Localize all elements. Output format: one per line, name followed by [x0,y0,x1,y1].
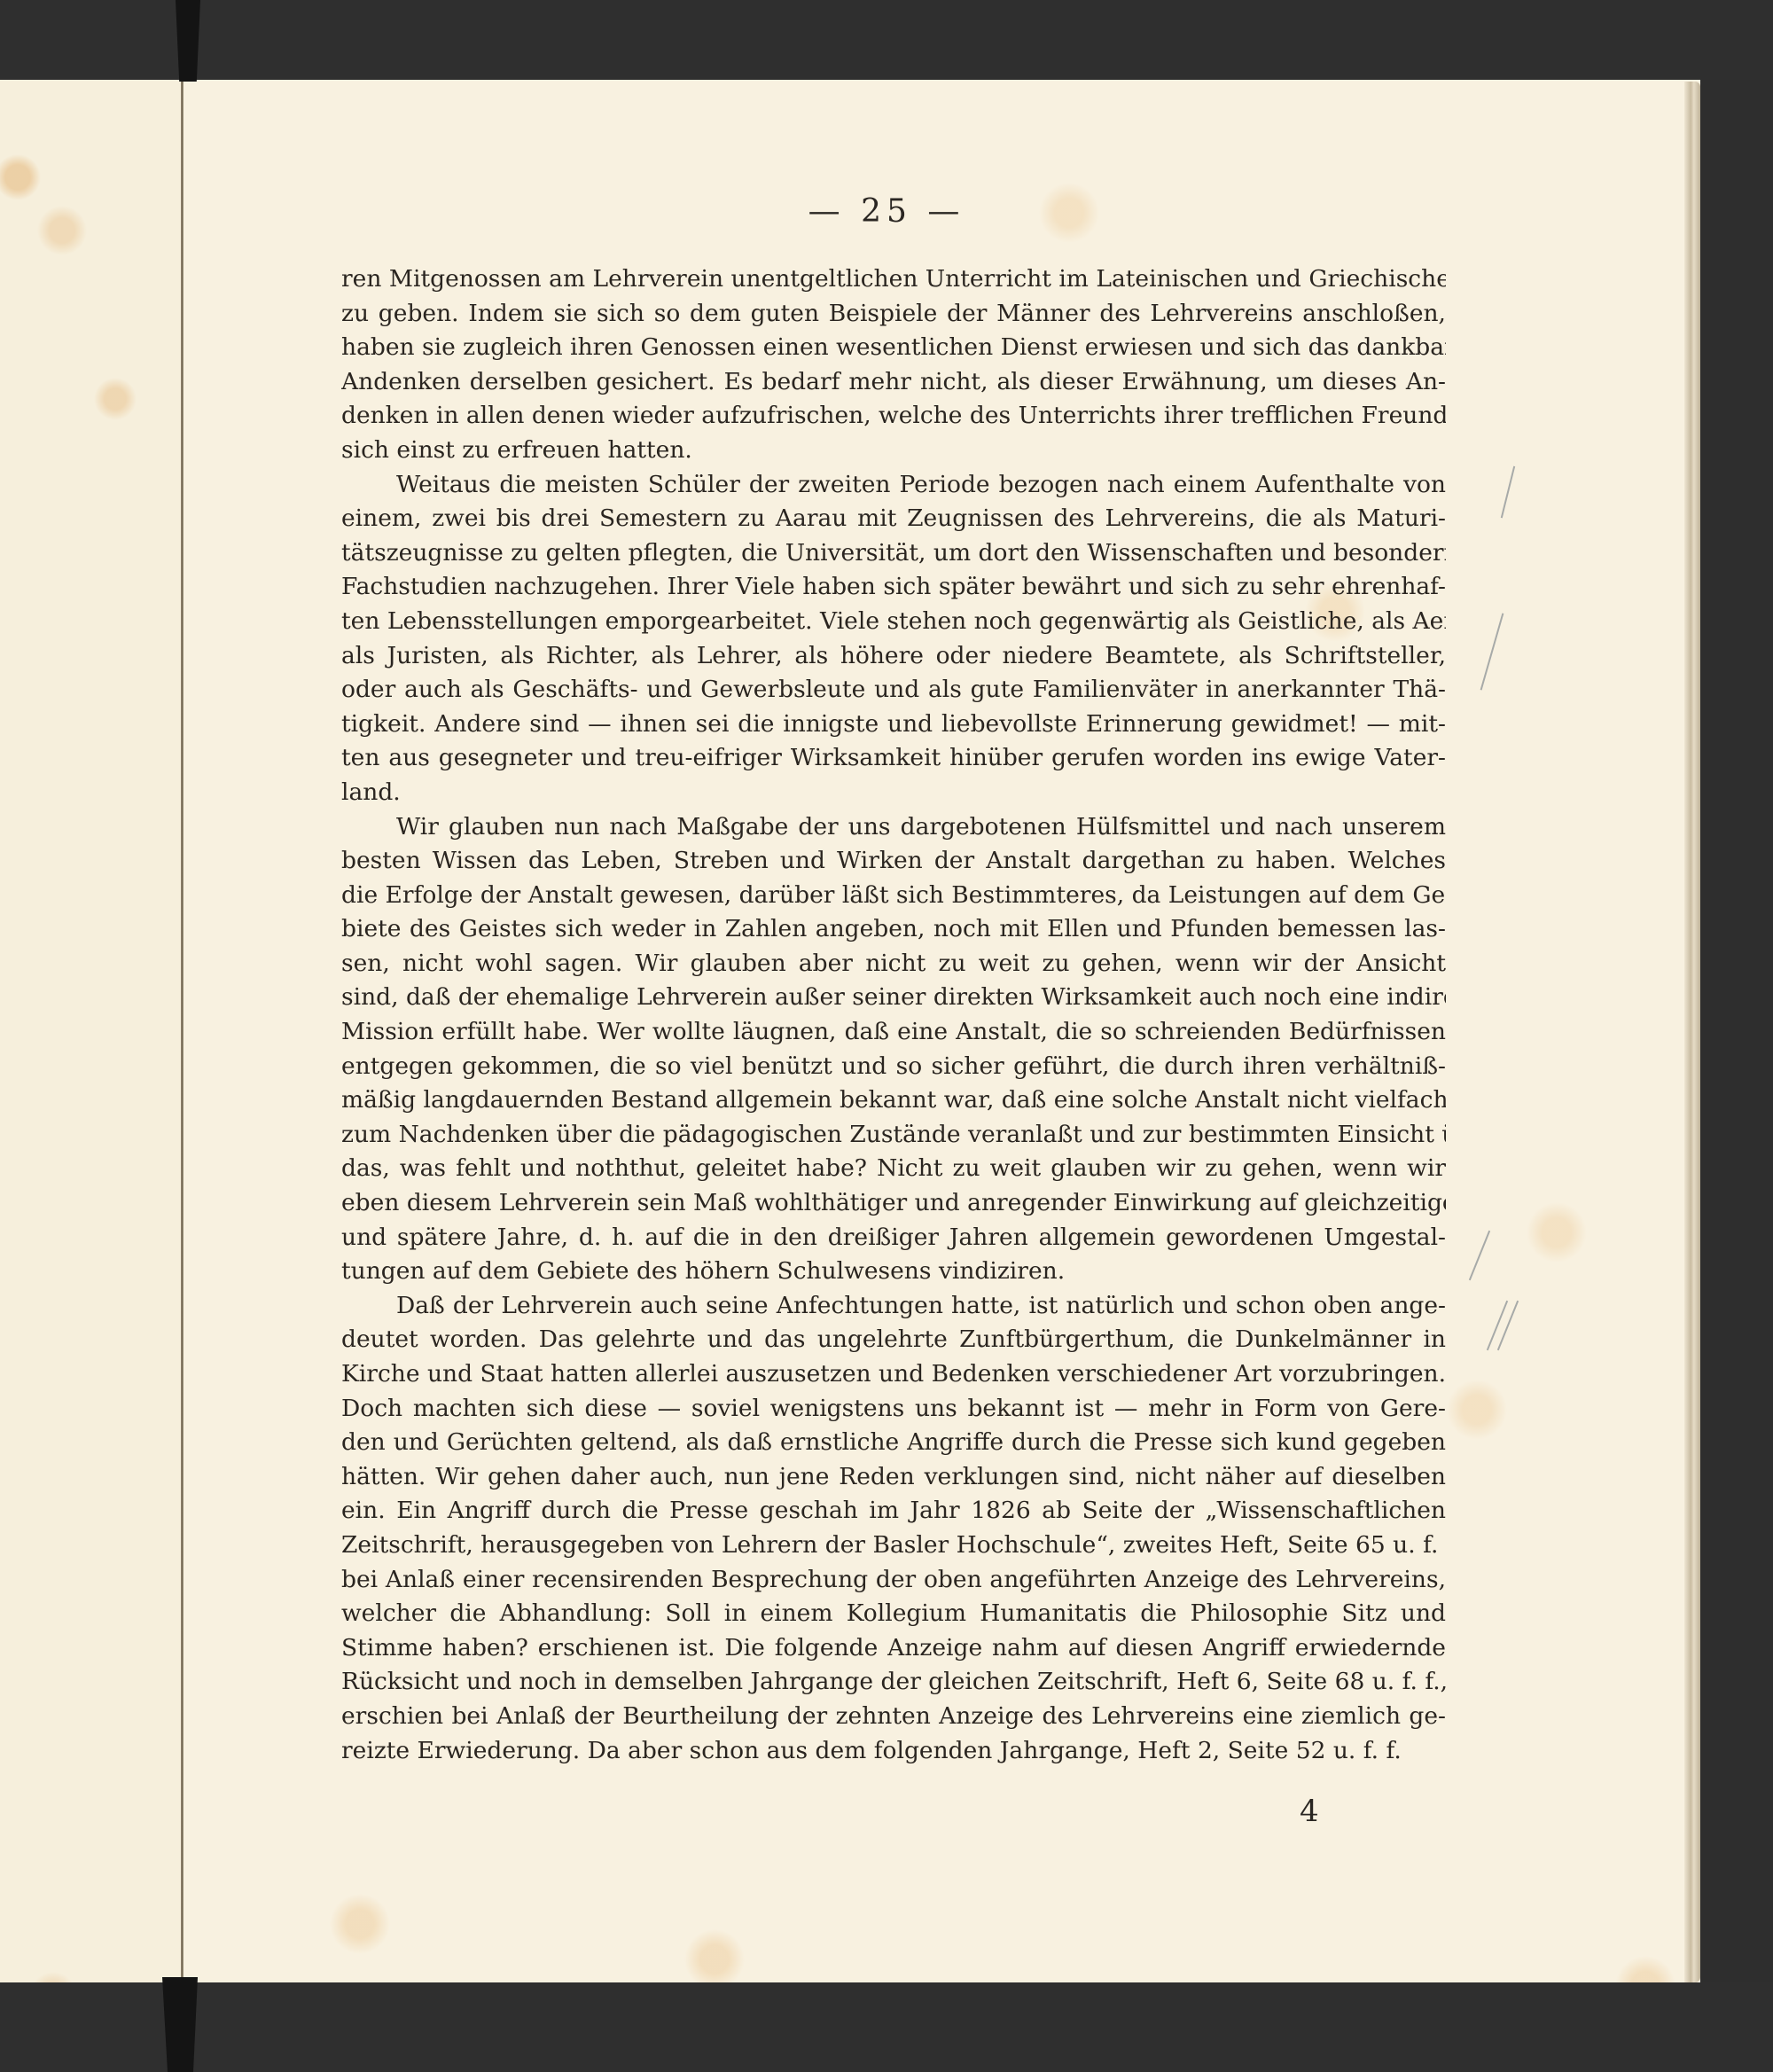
text-line: das, was fehlt und noththut, geleitet ha… [341,1152,1446,1186]
text-line: erschien bei Anlaß der Beurtheilung der … [341,1700,1446,1734]
text-line: deutet worden. Das gelehrte und das unge… [341,1323,1446,1357]
text-line: haben sie zugleich ihren Genossen einen … [341,331,1446,365]
text-line: ein. Ein Angriff durch die Presse gescha… [341,1494,1446,1529]
paragraph-p3: Wir glauben nun nach Maßgabe der uns dar… [341,810,1446,1289]
text-line: einem, zwei bis drei Semestern zu Aarau … [341,502,1446,536]
text-line: ten aus gesegneter und treu-eifriger Wir… [341,741,1446,776]
text-line: tätszeugnisse zu gelten pflegten, die Un… [341,536,1446,571]
text-line: reizte Erwiederung. Da aber schon aus de… [341,1734,1446,1769]
left-page-margin [0,80,183,1982]
scan-background-top [0,0,1773,80]
paragraph-p1: ren Mitgenossen am Lehrverein unentgeltl… [341,262,1446,468]
text-line: oder auch als Geschäfts- und Gewerbsleut… [341,673,1446,708]
text-line: sen, nicht wohl sagen. Wir glauben aber … [341,947,1446,981]
text-line: bei Anlaß einer recensirenden Besprechun… [341,1563,1446,1598]
text-line: Doch machten sich diese — soviel wenigst… [341,1392,1446,1427]
paragraph-p2: Weitaus die meisten Schüler der zweiten … [341,468,1446,810]
text-line: besten Wissen das Leben, Streben und Wir… [341,844,1446,879]
text-line: tungen auf dem Gebiete des höhern Schulw… [341,1255,1446,1289]
text-line: Wir glauben nun nach Maßgabe der uns dar… [341,810,1446,845]
page-edge-stack [1684,82,1700,1982]
spine-ribbon-top [176,0,200,82]
text-line: zum Nachdenken über die pädagogischen Zu… [341,1118,1446,1153]
text-line: den und Gerüchten geltend, als daß ernst… [341,1426,1446,1460]
text-line: Kirche und Staat hatten allerlei auszuse… [341,1357,1446,1392]
text-line: land. [341,776,1446,810]
text-line: denken in allen denen wieder aufzufrisch… [341,399,1446,434]
text-line: hätten. Wir gehen daher auch, nun jene R… [341,1460,1446,1495]
text-line: entgegen gekommen, die so viel benützt u… [341,1050,1446,1084]
text-line: Daß der Lehrverein auch seine Anfechtung… [341,1289,1446,1324]
paragraph-p4: Daß der Lehrverein auch seine Anfechtung… [341,1289,1446,1768]
text-line: tigkeit. Andere sind — ihnen sei die inn… [341,708,1446,742]
text-line: sind, daß der ehemalige Lehrverein außer… [341,981,1446,1015]
text-line: ren Mitgenossen am Lehrverein unentgeltl… [341,262,1446,297]
text-line: die Erfolge der Anstalt gewesen, darüber… [341,879,1446,913]
text-line: Andenken derselben gesichert. Es bedarf … [341,365,1446,400]
body-text: ren Mitgenossen am Lehrverein unentgeltl… [341,262,1446,1768]
text-line: Stimme haben? erschienen ist. Die folgen… [341,1631,1446,1666]
text-line: als Juristen, als Richter, als Lehrer, a… [341,639,1446,674]
text-line: mäßig langdauernden Bestand allgemein be… [341,1083,1446,1118]
text-line: Weitaus die meisten Schüler der zweiten … [341,468,1446,503]
text-line: zu geben. Indem sie sich so dem guten Be… [341,297,1446,332]
text-line: Rücksicht und noch in demselben Jahrgang… [341,1665,1446,1700]
signature-mark: 4 [1300,1794,1319,1829]
text-line: Mission erfüllt habe. Wer wollte läugnen… [341,1015,1446,1050]
page-number-header: — 25 — [0,193,1773,230]
text-line: eben diesem Lehrverein sein Maß wohlthät… [341,1186,1446,1221]
text-line: welcher die Abhandlung: Soll in einem Ko… [341,1597,1446,1631]
text-line: Zeitschrift, herausgegeben von Lehrern d… [341,1529,1446,1563]
text-line: biete des Geistes sich weder in Zahlen a… [341,912,1446,947]
book-gutter [181,80,184,1982]
text-line: sich einst zu erfreuen hatten. [341,434,1446,468]
text-line: und spätere Jahre, d. h. auf die in den … [341,1221,1446,1255]
text-line: ten Lebensstellungen emporgearbeitet. Vi… [341,605,1446,639]
text-line: Fachstudien nachzugehen. Ihrer Viele hab… [341,570,1446,605]
scan-background-bottom [0,1982,1773,2072]
